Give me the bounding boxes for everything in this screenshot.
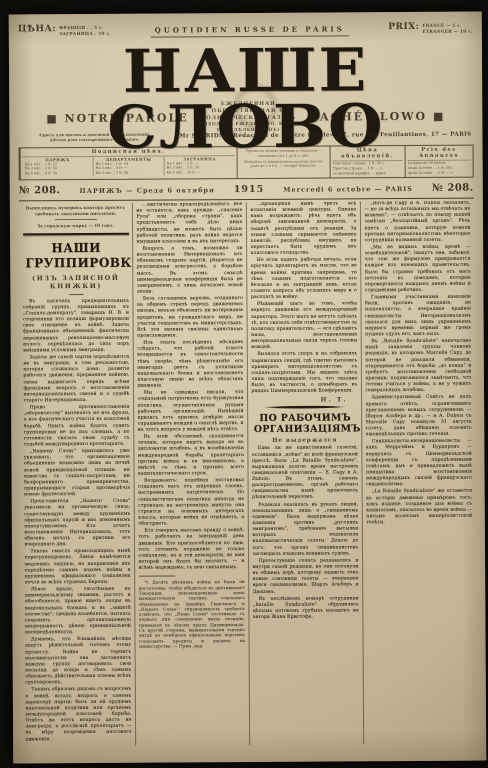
city-date-french: Mercredi 6 octobre — PARIS (283, 184, 413, 193)
paragraph: Возражаютъ: подобная постановка отдаляет… (138, 478, 244, 528)
price-right-label: PRIX: (388, 22, 419, 32)
subscription-box: Подписная цѣна. ПАРИЖЪ На 1 мѣс. . 1 fr.… (21, 147, 238, 179)
subtitle-schedule: (ВЫХОДИТЪ ЕЖЕДНЕВНО, КРОМѢ ПОНЕДѢЛЬНИКОВ… (189, 121, 308, 133)
paragraph: Лѣвое крыло, тяготѣющее къ циммервальдск… (25, 587, 131, 637)
ads-price-box: Цѣна объявленій. Текстовая строка . 1 fr… (331, 146, 406, 177)
paragraph: На 6 мѣс. . 10 fr. — (167, 170, 233, 175)
subtitle-center: ЕЖЕДНЕВНАЯ ОБЩЕСТВЕННАЯ И ПОЛИТИЧЕСКАЯ Г… (189, 101, 309, 133)
paragraph: Представители „Нашего Слова" указывали н… (24, 499, 130, 549)
subscription-columns: ПАРИЖЪ На 1 мѣс. . 1 fr. 25На 3 мѣс. . 3… (23, 156, 235, 177)
paragraph: Думаемъ, что ближайшіе мѣсяцы дадутъ рѣш… (25, 637, 131, 687)
article-subhead-ne-vyderzhalsya: Не выдержался (252, 438, 358, 445)
page-content: ЦѢНА: ФРАНЦІЯ . . 5 с. ЗАГРАНИЦА . 10 с.… (9, 12, 486, 747)
paragraph: Едва ли не единственной газетой, оставше… (252, 446, 358, 502)
subtitle-description: ЕЖЕДНЕВНАЯ ОБЩЕСТВЕННАЯ И ПОЛИТИЧЕСКАЯ Г… (189, 101, 308, 122)
footnote-rule (139, 576, 175, 577)
masthead-title: НАШЕ СЛОВО (9, 42, 487, 105)
paragraph: Пріемъ по дѣламъ редакціи и подписки — е… (240, 149, 328, 159)
paragraph: Право противопоставленія „оборончеству" … (24, 405, 130, 449)
article-headline-workers-orgs: ПО РАБОЧИМЪ ОРГАНИЗАЦІЯМЪ (253, 413, 356, 436)
price-right-block: PRIX: FRANCE — 5 c. ÉTRANGER — 10 c. (388, 22, 473, 36)
column-2: ...мистически предопредѣленнаго. Все не … (133, 202, 250, 746)
annonces-title: Prix des Annonces (408, 147, 471, 161)
paragraph: Въ этой обстановкѣ складывается теченіе,… (138, 434, 244, 478)
notice-line-b: За городскую марку — 10 сант. (22, 222, 128, 229)
paragraph: Безъ соглашенія верховъ, созданнаго на о… (137, 296, 243, 340)
column-4-text: „Вотъ-де Cagy и A. Dubois оказались, — н… (364, 201, 472, 527)
annonces-rows: La ligne de 50 lettresAvant le texte . .… (408, 160, 471, 176)
notice-line-a: Вышедшихъ нумеровъ контора проситъ требо… (22, 205, 128, 217)
subtitle-french: ■ NOTRE PAROLE (18, 111, 188, 125)
issue-number-left: № 208. (19, 185, 61, 196)
dash-divider (69, 294, 83, 295)
subtitle-row: ■ NOTRE PAROLE ЕЖЕДНЕВНАЯ ОБЩЕСТВЕННАЯ И… (18, 107, 473, 128)
heavy-rule (23, 232, 129, 235)
paragraph: Вопросъ о томъ, возможно ли возстановлен… (137, 246, 243, 296)
price-rows: На 1 мѣс. . 1 fr. 25На 3 мѣс. . 3 fr. 50… (25, 161, 91, 176)
editorial-address: Mr S. DRIDSO, Rédaction de «Notre Parole… (177, 132, 473, 140)
photo-background: ЦѢНА: ФРАНЦІЯ . . 5 с. ЗАГРАНИЦА . 10 с.… (0, 0, 488, 768)
city-date-russian: ПАРИЖЪ — Среда 6 октября (80, 186, 215, 195)
price-left-label: ЦѢНА: (18, 24, 56, 34)
price-right-lines: FRANCE — 5 c. ÉTRANGER — 10 c. (422, 22, 472, 36)
paragraph: Въ „Bataille Syndicaliste" напечатано ны… (365, 339, 471, 395)
paragraph: Изъ опыта послѣднихъ мѣсяцевъ слѣдуетъ, … (137, 340, 243, 390)
column-1-text: Въ тысячахъ предварительныхъ собраній гр… (23, 298, 132, 743)
ads-rows: Текстовая строка . 1 fr. 50 c.Простая ст… (333, 161, 403, 177)
column-3: ...прошедшая нынѣ чрезъ всѣ испытанія во… (247, 201, 364, 745)
price-left-block: ЦѢНА: ФРАНЦІЯ . . 5 с. ЗАГРАНИЦА . 10 с. (18, 24, 111, 38)
article-headline-groupings: НАШИ ГРУППИРОВКИ (25, 240, 127, 271)
subscription-col-paris: ПАРИЖЪ На 1 мѣс. . 1 fr. 25На 3 мѣс. . 3… (23, 156, 94, 176)
paragraph: Кто говоритъ массамъ правду о войнѣ, тот… (138, 528, 244, 572)
subscription-col-departements: ДЕПАРТАМЕНТЫ На 1 мѣс. . 1 fr. 50На 3 мѣ… (94, 156, 165, 176)
info-bar: Подписная цѣна. ПАРИЖЪ На 1 мѣс. . 1 fr.… (19, 145, 474, 181)
paragraph: Синдикалисты-интернаціоналисты — какъ Ме… (366, 439, 472, 489)
paragraph: Редакція оказалась въ рукахъ людей, помы… (252, 502, 358, 558)
paragraph: Задачи же самой партіи опредѣляются не в… (23, 355, 129, 405)
address-note-fr: Adresse pour correspondance et mandats: (18, 136, 170, 142)
date-line: № 208. ПАРИЖЪ — Среда 6 октября 1915 Mer… (19, 179, 474, 202)
paragraph: „La Bataille Syndicaliste" же останется … (366, 489, 472, 526)
paragraph: Административный Совѣтъ не далъ прямого … (366, 395, 472, 439)
paragraph: На 6 мѣс. . 7 fr. 50 (96, 171, 162, 176)
newspaper-page: ЦѢНА: ФРАНЦІЯ . . 5 с. ЗАГРАНИЦА . 10 с.… (9, 12, 487, 764)
paragraph: „Мы не видимъ войны, кромѣ — освободител… (365, 245, 471, 295)
column-4: „Вотъ-де Cagy и A. Dubois оказались, — н… (361, 201, 477, 745)
paragraph: На 6 мѣс. . 6 fr. 50 (25, 171, 91, 176)
paragraph: „Вотъ-де Cagy и A. Dubois оказались, — н… (364, 201, 470, 245)
price-rows: На 1 мѣс. . 1 fr. 50На 3 мѣс. . 4 fr. —Н… (96, 161, 162, 176)
paragraph: Но если падетъ рабочая печать, если пріу… (251, 258, 357, 302)
paragraph: „Нашему Слову" приходилось уже указывать… (24, 449, 130, 499)
article-signature: Н. Т. (252, 397, 358, 405)
subtitle-translit: NACHÉ SLOWO ■ (308, 109, 473, 123)
paragraph: Протестующіе голоса раздавались и внутри… (253, 558, 359, 595)
paragraph: Мы не однажды писали, что соціальный пат… (138, 390, 244, 434)
office-hours-lines: Пріемъ по дѣламъ редакціи и подписки — е… (240, 149, 328, 170)
body-columns: Вышедшихъ нумеровъ контора проситъ требо… (19, 201, 477, 747)
column-2-text: ...мистически предопредѣленнаго. Все не … (136, 202, 244, 572)
issue-number-right: № 208. (432, 183, 474, 194)
notice-divider (54, 219, 96, 220)
taper-rule (263, 406, 346, 410)
paragraph: Après le texte . . 1 fr. — c. (408, 171, 471, 177)
article-subhead-notebook: (ИЗЪ ЗАПИСНОЙ КНИЖКИ) (23, 274, 129, 291)
paragraph: за крупный шрифтъ — вдвое (333, 171, 403, 177)
paragraph: Въ послѣднемъ номерѣ сотрудники „Bataill… (253, 596, 359, 621)
paragraph: ...мистически предопредѣленнаго. Все не … (136, 202, 242, 246)
column-1: Вышедшихъ нумеровъ контора проситъ требо… (19, 203, 136, 747)
price-left-lines: ФРАНЦІЯ . . 5 с. ЗАГРАНИЦА . 10 с. (59, 24, 111, 38)
annonces-box: Prix des Annonces La ligne de 50 lettres… (406, 146, 473, 177)
price-right-line-2: ÉTRANGER — 10 c. (422, 29, 472, 36)
price-left-line-2: ЗАГРАНИЦА . 10 с. (59, 31, 111, 38)
paragraph: Вылился этотъ споръ и на собраніяхъ пари… (251, 352, 357, 396)
year: 1915 (234, 184, 265, 195)
address-notes: Адресъ для писемъ и денежной корреспонде… (18, 131, 177, 143)
paragraph: *) Десять мѣсяцевъ войны не были ли дост… (139, 579, 245, 649)
column-2-footnote: *) Десять мѣсяцевъ войны не были ли дост… (139, 579, 245, 649)
paragraph: Рѣшающій шагъ въ томъ, чтобы вернуть дви… (251, 302, 357, 352)
office-hours-box: Пріемъ по дѣламъ редакціи и подписки — е… (238, 146, 331, 178)
paragraph: Rédaction et Administration ouvertes tou… (240, 159, 328, 169)
paragraph: Такимъ образомъ рядомъ съ вопросомъ о во… (25, 687, 131, 743)
paragraph: Главными участниками кампаніи были, прот… (365, 295, 471, 339)
column-3-text-2: Едва ли не единственной газетой, оставше… (252, 446, 359, 622)
paragraph: Таковъ смыслъ происходящихъ нынѣ перегру… (24, 549, 130, 586)
ads-title: Цѣна объявленій. (333, 147, 403, 161)
price-rows: На 1 мѣс. . 2 fr. —На 3 мѣс. . 5 fr. 50Н… (167, 161, 233, 176)
paragraph: ...прошедшая нынѣ чрезъ всѣ испытанія во… (250, 201, 356, 257)
paragraph: Въ тысячахъ предварительныхъ собраній гр… (23, 298, 129, 354)
column-3-text: ...прошедшая нынѣ чрезъ всѣ испытанія во… (250, 201, 357, 395)
subscription-col-abroad: ЗАГРАНИЦА На 1 мѣс. . 2 fr. —На 3 мѣс. .… (165, 156, 235, 176)
